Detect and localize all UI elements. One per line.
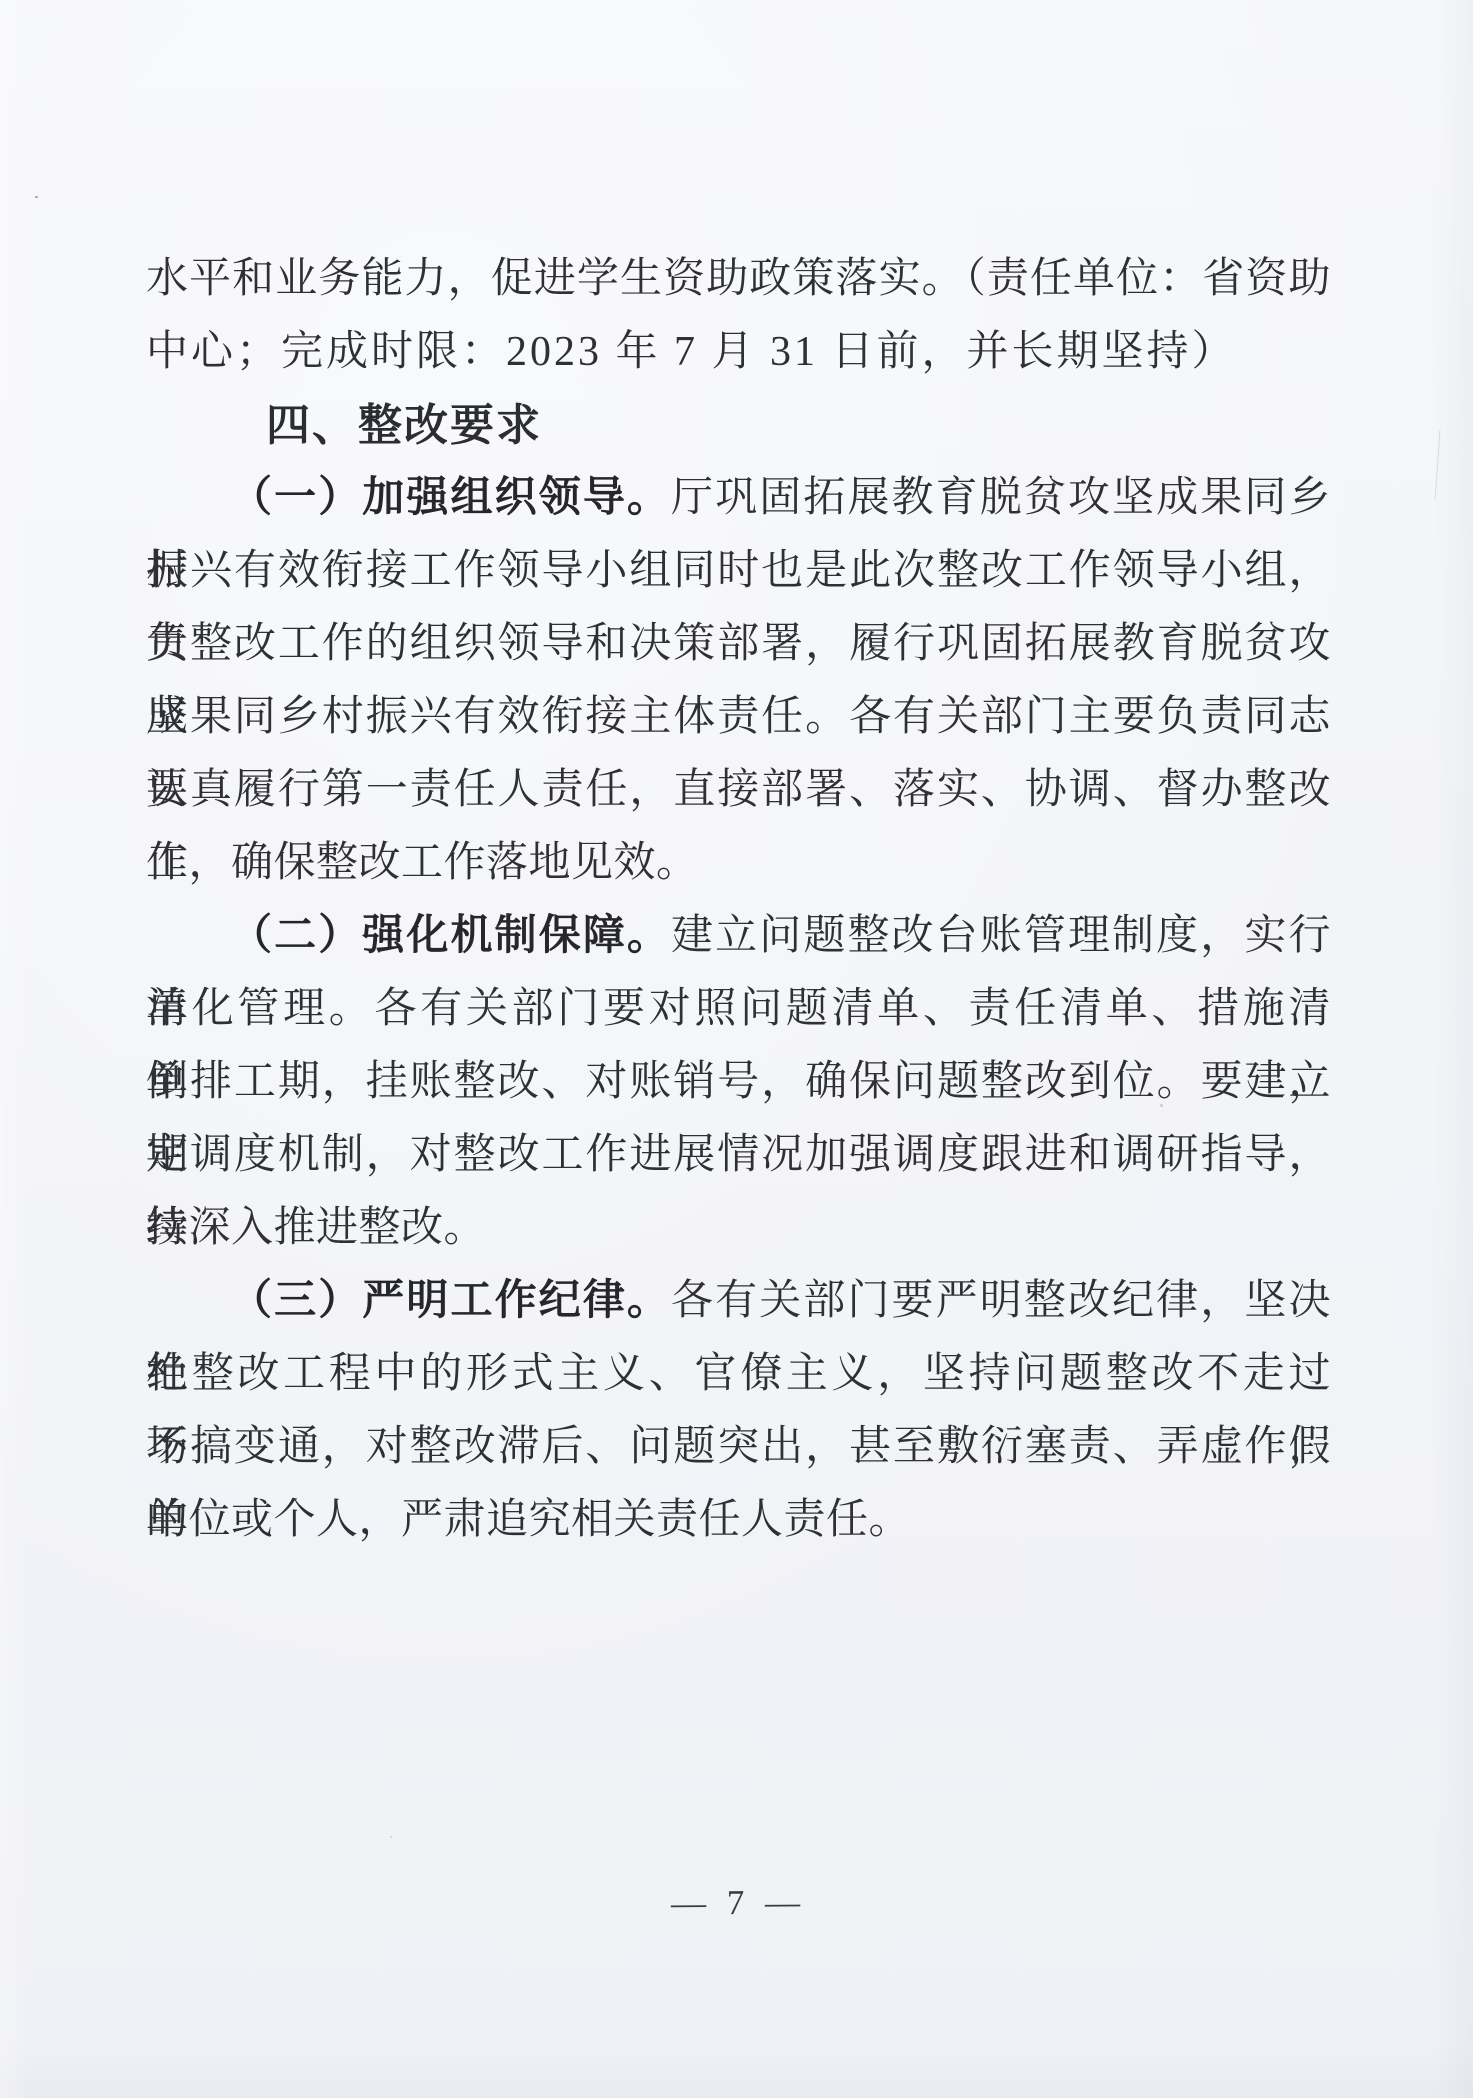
text-line: 中心；完成时限：2023 年 7 月 31 日前，并长期坚持） — [146, 316, 1331, 389]
scanned-document-page: 水平和业务能力，促进学生资助政策落实。（责任单位：省资助 中心；完成时限：202… — [0, 0, 1473, 2098]
text-line: 水平和业务能力，促进学生资助政策落实。（责任单位：省资助 — [146, 243, 1331, 316]
text-line: 单化管理。各有关部门要对照问题清单、责任清单、措施清单， — [146, 973, 1331, 1046]
paragraph-lead: （一）加强组织领导。 — [230, 475, 671, 521]
text-line: 不搞变通，对整改滞后、问题突出，甚至敷衍塞责、弄虚作假的 — [146, 1411, 1331, 1484]
text-line: 期调度机制，对整改工作进展情况加强调度跟进和调研指导，持 — [146, 1119, 1331, 1192]
paragraph-first-line: （一）加强组织领导。厅巩固拓展教育脱贫攻坚成果同乡村 — [146, 462, 1331, 535]
section-heading: 四、整改要求 — [146, 389, 1331, 462]
scan-speck — [390, 1836, 392, 1838]
text-line: 认真履行第一责任人责任，直接部署、落实、协调、督办整改工 — [146, 754, 1331, 827]
scan-scratch — [1435, 430, 1441, 500]
scan-speck — [35, 196, 38, 198]
text-line: 单位或个人，严肃追究相关责任人责任。 — [146, 1484, 1331, 1557]
document-body: 水平和业务能力，促进学生资助政策落实。（责任单位：省资助 中心；完成时限：202… — [146, 243, 1331, 1557]
text-line: 续深入推进整改。 — [146, 1192, 1331, 1265]
page-number: — 7 — — [146, 1878, 1331, 1928]
paragraph-first-line: （二）强化机制保障。建立问题整改台账管理制度，实行清 — [146, 900, 1331, 973]
paragraph-lead: （三）严明工作纪律。 — [230, 1278, 671, 1324]
text-line: 倒排工期，挂账整改、对账销号，确保问题整改到位。要建立定 — [146, 1046, 1331, 1119]
text-line: 振兴有效衔接工作领导小组同时也是此次整改工作领导小组，负 — [146, 535, 1331, 608]
paragraph-lead: （二）强化机制保障。 — [230, 913, 671, 959]
text-line: 责整改工作的组织领导和决策部署，履行巩固拓展教育脱贫攻坚 — [146, 608, 1331, 681]
paragraph-first-line: （三）严明工作纪律。各有关部门要严明整改纪律，坚决杜 — [146, 1265, 1331, 1338]
text-line: 作，确保整改工作落地见效。 — [146, 827, 1331, 900]
text-line: 绝整改工程中的形式主义、官僚主义，坚持问题整改不走过场， — [146, 1338, 1331, 1411]
text-line: 成果同乡村振兴有效衔接主体责任。各有关部门主要负责同志要 — [146, 681, 1331, 754]
